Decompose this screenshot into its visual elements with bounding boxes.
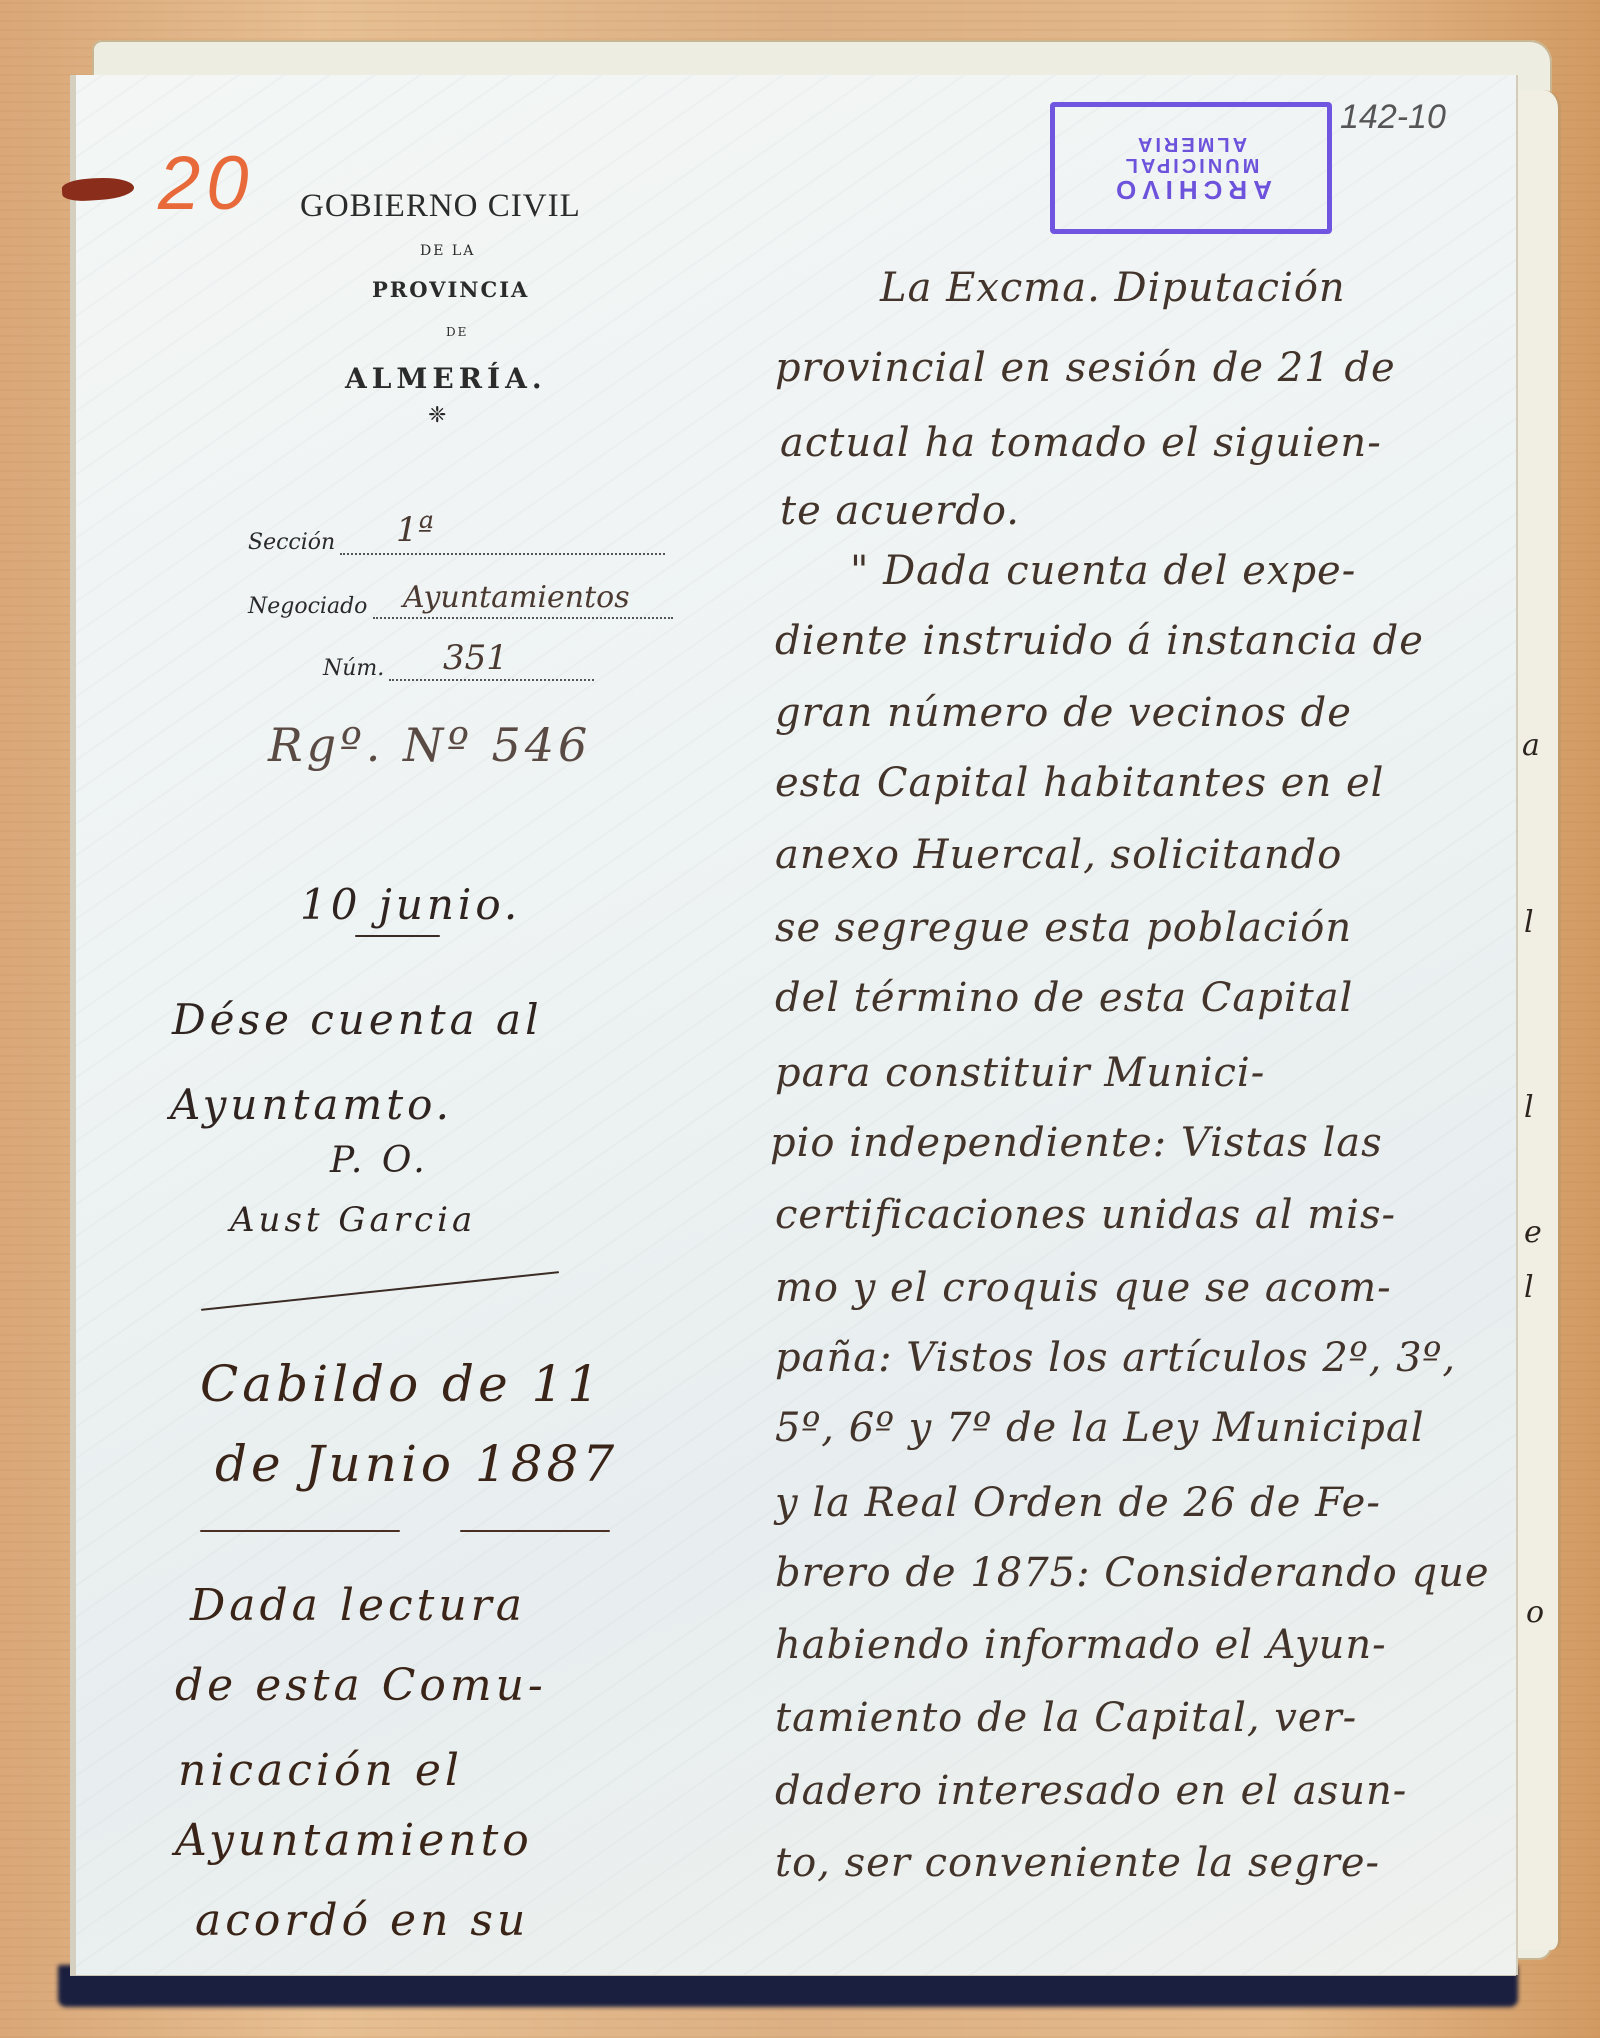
registro-number: Rgº. Nº 546 (268, 718, 591, 772)
field-seccion: Sección 1ª (248, 530, 665, 555)
stamp-line-archivo: ARCHIVO (1110, 175, 1272, 202)
left-annotation-line: Dada lectura (190, 1580, 526, 1631)
stamp-line-almeria: ALMERIA (1135, 133, 1247, 154)
field-value: Ayuntamientos (403, 580, 630, 615)
left-annotation-date: 10 junio. (300, 880, 521, 929)
margin-mark: a (1522, 728, 1540, 763)
reference-number: 142-10 (1340, 98, 1446, 137)
margin-mark: e (1524, 1215, 1542, 1250)
body-line: y la Real Orden de 26 de Fe- (775, 1480, 1381, 1526)
letterhead-provincia: PROVINCIA (372, 277, 529, 302)
body-line: del término de esta Capital (775, 975, 1353, 1021)
margin-mark: o (1526, 1595, 1544, 1630)
body-line: diente instruido á instancia de (775, 618, 1424, 664)
left-annotation-line: P. O. (330, 1140, 429, 1181)
body-line: anexo Huercal, solicitando (775, 832, 1342, 878)
folio-number: 20 (158, 140, 255, 227)
left-annotation-line: Ayuntamiento (175, 1815, 533, 1866)
page-fold (1516, 75, 1518, 1975)
left-annotation-line: de esta Comu- (175, 1660, 547, 1711)
field-negociado: Negociado Ayuntamientos (248, 594, 673, 619)
field-value: 1ª (396, 510, 434, 550)
stamp-line-municipal: MUNICIPAL (1123, 154, 1260, 175)
body-line: habiendo informado el Ayun- (775, 1622, 1387, 1668)
left-annotation-line: Dése cuenta al (172, 995, 543, 1044)
body-line: pio independiente: Vistas las (770, 1120, 1383, 1166)
dotted-line (373, 617, 673, 619)
underline (355, 935, 440, 937)
body-line: certificaciones unidas al mis- (775, 1192, 1396, 1238)
dotted-line (389, 679, 594, 681)
body-line: mo y el croquis que se acom- (775, 1265, 1392, 1311)
body-line: dadero interesado en el asun- (775, 1768, 1407, 1814)
left-annotation-line: Ayuntamto. (170, 1080, 453, 1129)
body-line: actual ha tomado el siguien- (780, 420, 1382, 466)
field-label: Negociado (248, 594, 367, 619)
body-line: se segregue esta población (775, 905, 1352, 951)
left-annotation-signature: Aust Garcia (230, 1200, 476, 1240)
body-line: tamiento de la Capital, ver- (775, 1695, 1357, 1741)
ornament-icon: ❈ (428, 403, 446, 428)
field-label: Sección (248, 530, 335, 555)
field-num: Núm. 351 (323, 656, 594, 681)
body-line: " Dada cuenta del expe- (850, 548, 1356, 594)
field-value: 351 (443, 638, 508, 678)
left-annotation-line: Cabildo de 11 (200, 1355, 603, 1413)
body-line: to, ser conveniente la segre- (775, 1840, 1380, 1886)
letterhead-gobierno-civil: GOBIERNO CIVIL (300, 188, 581, 225)
left-annotation-line: nicación el (178, 1745, 463, 1796)
body-line: 5º, 6º y 7º de la Ley Municipal (775, 1405, 1425, 1451)
body-line: para constituir Munici- (775, 1050, 1265, 1096)
archive-stamp: ARCHIVO MUNICIPAL ALMERIA (1050, 102, 1332, 234)
margin-mark: l (1524, 905, 1534, 940)
underline (460, 1530, 610, 1532)
body-line: te acuerdo. (780, 488, 1020, 534)
left-annotation-line: de Junio 1887 (215, 1435, 618, 1493)
body-line: paña: Vistos los artículos 2º, 3º, (775, 1335, 1456, 1381)
letterhead-almeria: ALMERÍA. (345, 362, 547, 395)
letterhead-de: DE (446, 325, 468, 339)
underline (200, 1530, 400, 1532)
body-line: gran número de vecinos de (775, 690, 1352, 736)
margin-mark: l (1524, 1090, 1534, 1125)
body-line: La Excma. Diputación (880, 265, 1346, 311)
body-line: provincial en sesión de 21 de (775, 345, 1396, 391)
left-annotation-line: acordó en su (195, 1895, 529, 1946)
field-label: Núm. (323, 656, 384, 681)
margin-mark: l (1524, 1270, 1534, 1305)
body-line: brero de 1875: Considerando que (775, 1550, 1490, 1596)
dotted-line (340, 553, 665, 555)
letterhead-de-la: DE LA (420, 243, 475, 259)
body-line: esta Capital habitantes en el (775, 760, 1384, 806)
